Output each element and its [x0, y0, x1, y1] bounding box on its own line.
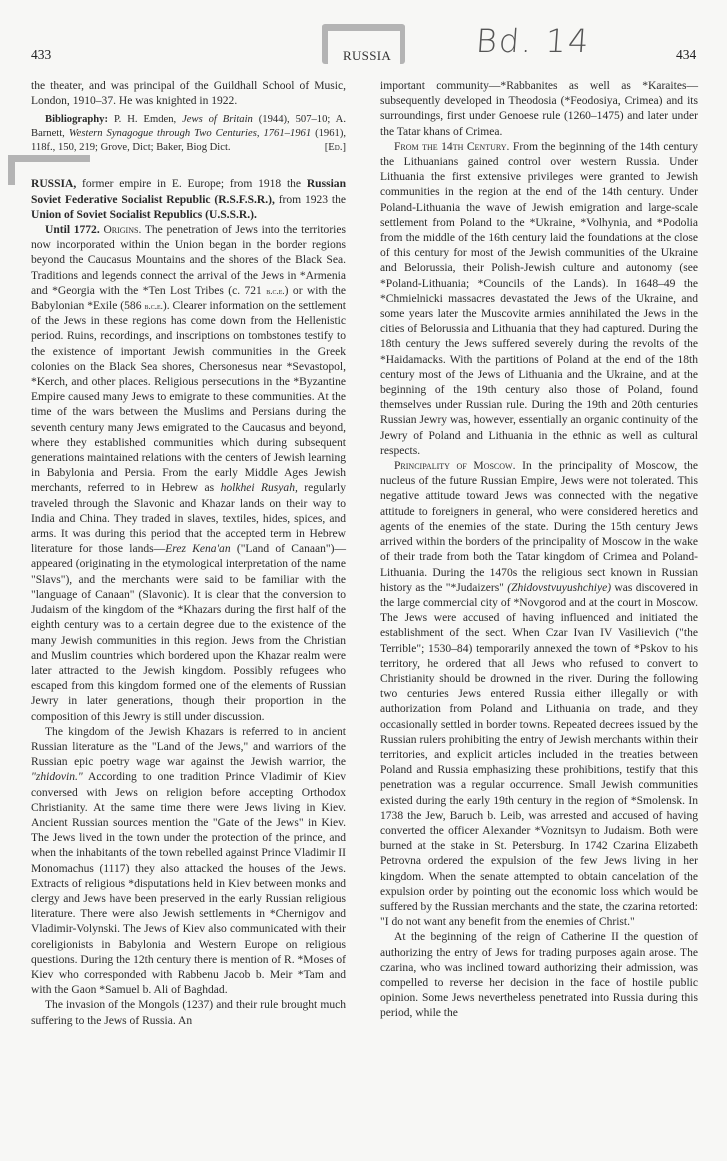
continued-paragraph: important community—*Rabbanites as well …: [380, 79, 698, 140]
running-head: RUSSIA: [343, 48, 391, 64]
section-until-1772: Until 1772. Origins. The penetration of …: [31, 223, 346, 725]
cited-title: Jews of Britain: [182, 114, 253, 125]
left-column: the theater, and was principal of the Gu…: [31, 79, 346, 1029]
entry-definition: RUSSIA, former empire in E. Europe; from…: [31, 177, 346, 223]
section-subheading: From the 14th Century.: [394, 141, 509, 153]
section-14th-century: From the 14th Century. From the beginnin…: [380, 140, 698, 459]
continued-paragraph: the theater, and was principal of the Gu…: [31, 79, 346, 109]
paragraph-catherine-ii: At the beginning of the reign of Catheri…: [380, 930, 698, 1021]
handwritten-volume-note: Bd. 14: [475, 22, 592, 60]
bibliography-label: Bibliography:: [45, 114, 108, 125]
section-heading: Until 1772.: [45, 224, 100, 236]
section-subheading: Principality of Moscow.: [394, 460, 515, 472]
entry-headword: RUSSIA,: [31, 178, 76, 190]
page-number-left: 433: [31, 47, 51, 63]
bibliography: Bibliography: P. H. Emden, Jews of Brita…: [31, 113, 346, 155]
encyclopedia-page-spread: 433 RUSSIA Bd. 14 434 the theater, and w…: [0, 0, 727, 1161]
cited-title: Western Synagogue through Two Centuries,…: [69, 128, 311, 139]
editor-signature: [Ed.]: [311, 141, 346, 155]
right-column: important community—*Rabbanites as well …: [380, 79, 698, 1022]
section-principality-of-moscow: Principality of Moscow. In the principal…: [380, 459, 698, 930]
section-subheading: Origins.: [103, 224, 141, 236]
paragraph-mongols: The invasion of the Mongols (1237) and t…: [31, 998, 346, 1028]
page-number-right: 434: [676, 47, 696, 63]
paragraph-khazars: The kingdom of the Jewish Khazars is ref…: [31, 725, 346, 999]
